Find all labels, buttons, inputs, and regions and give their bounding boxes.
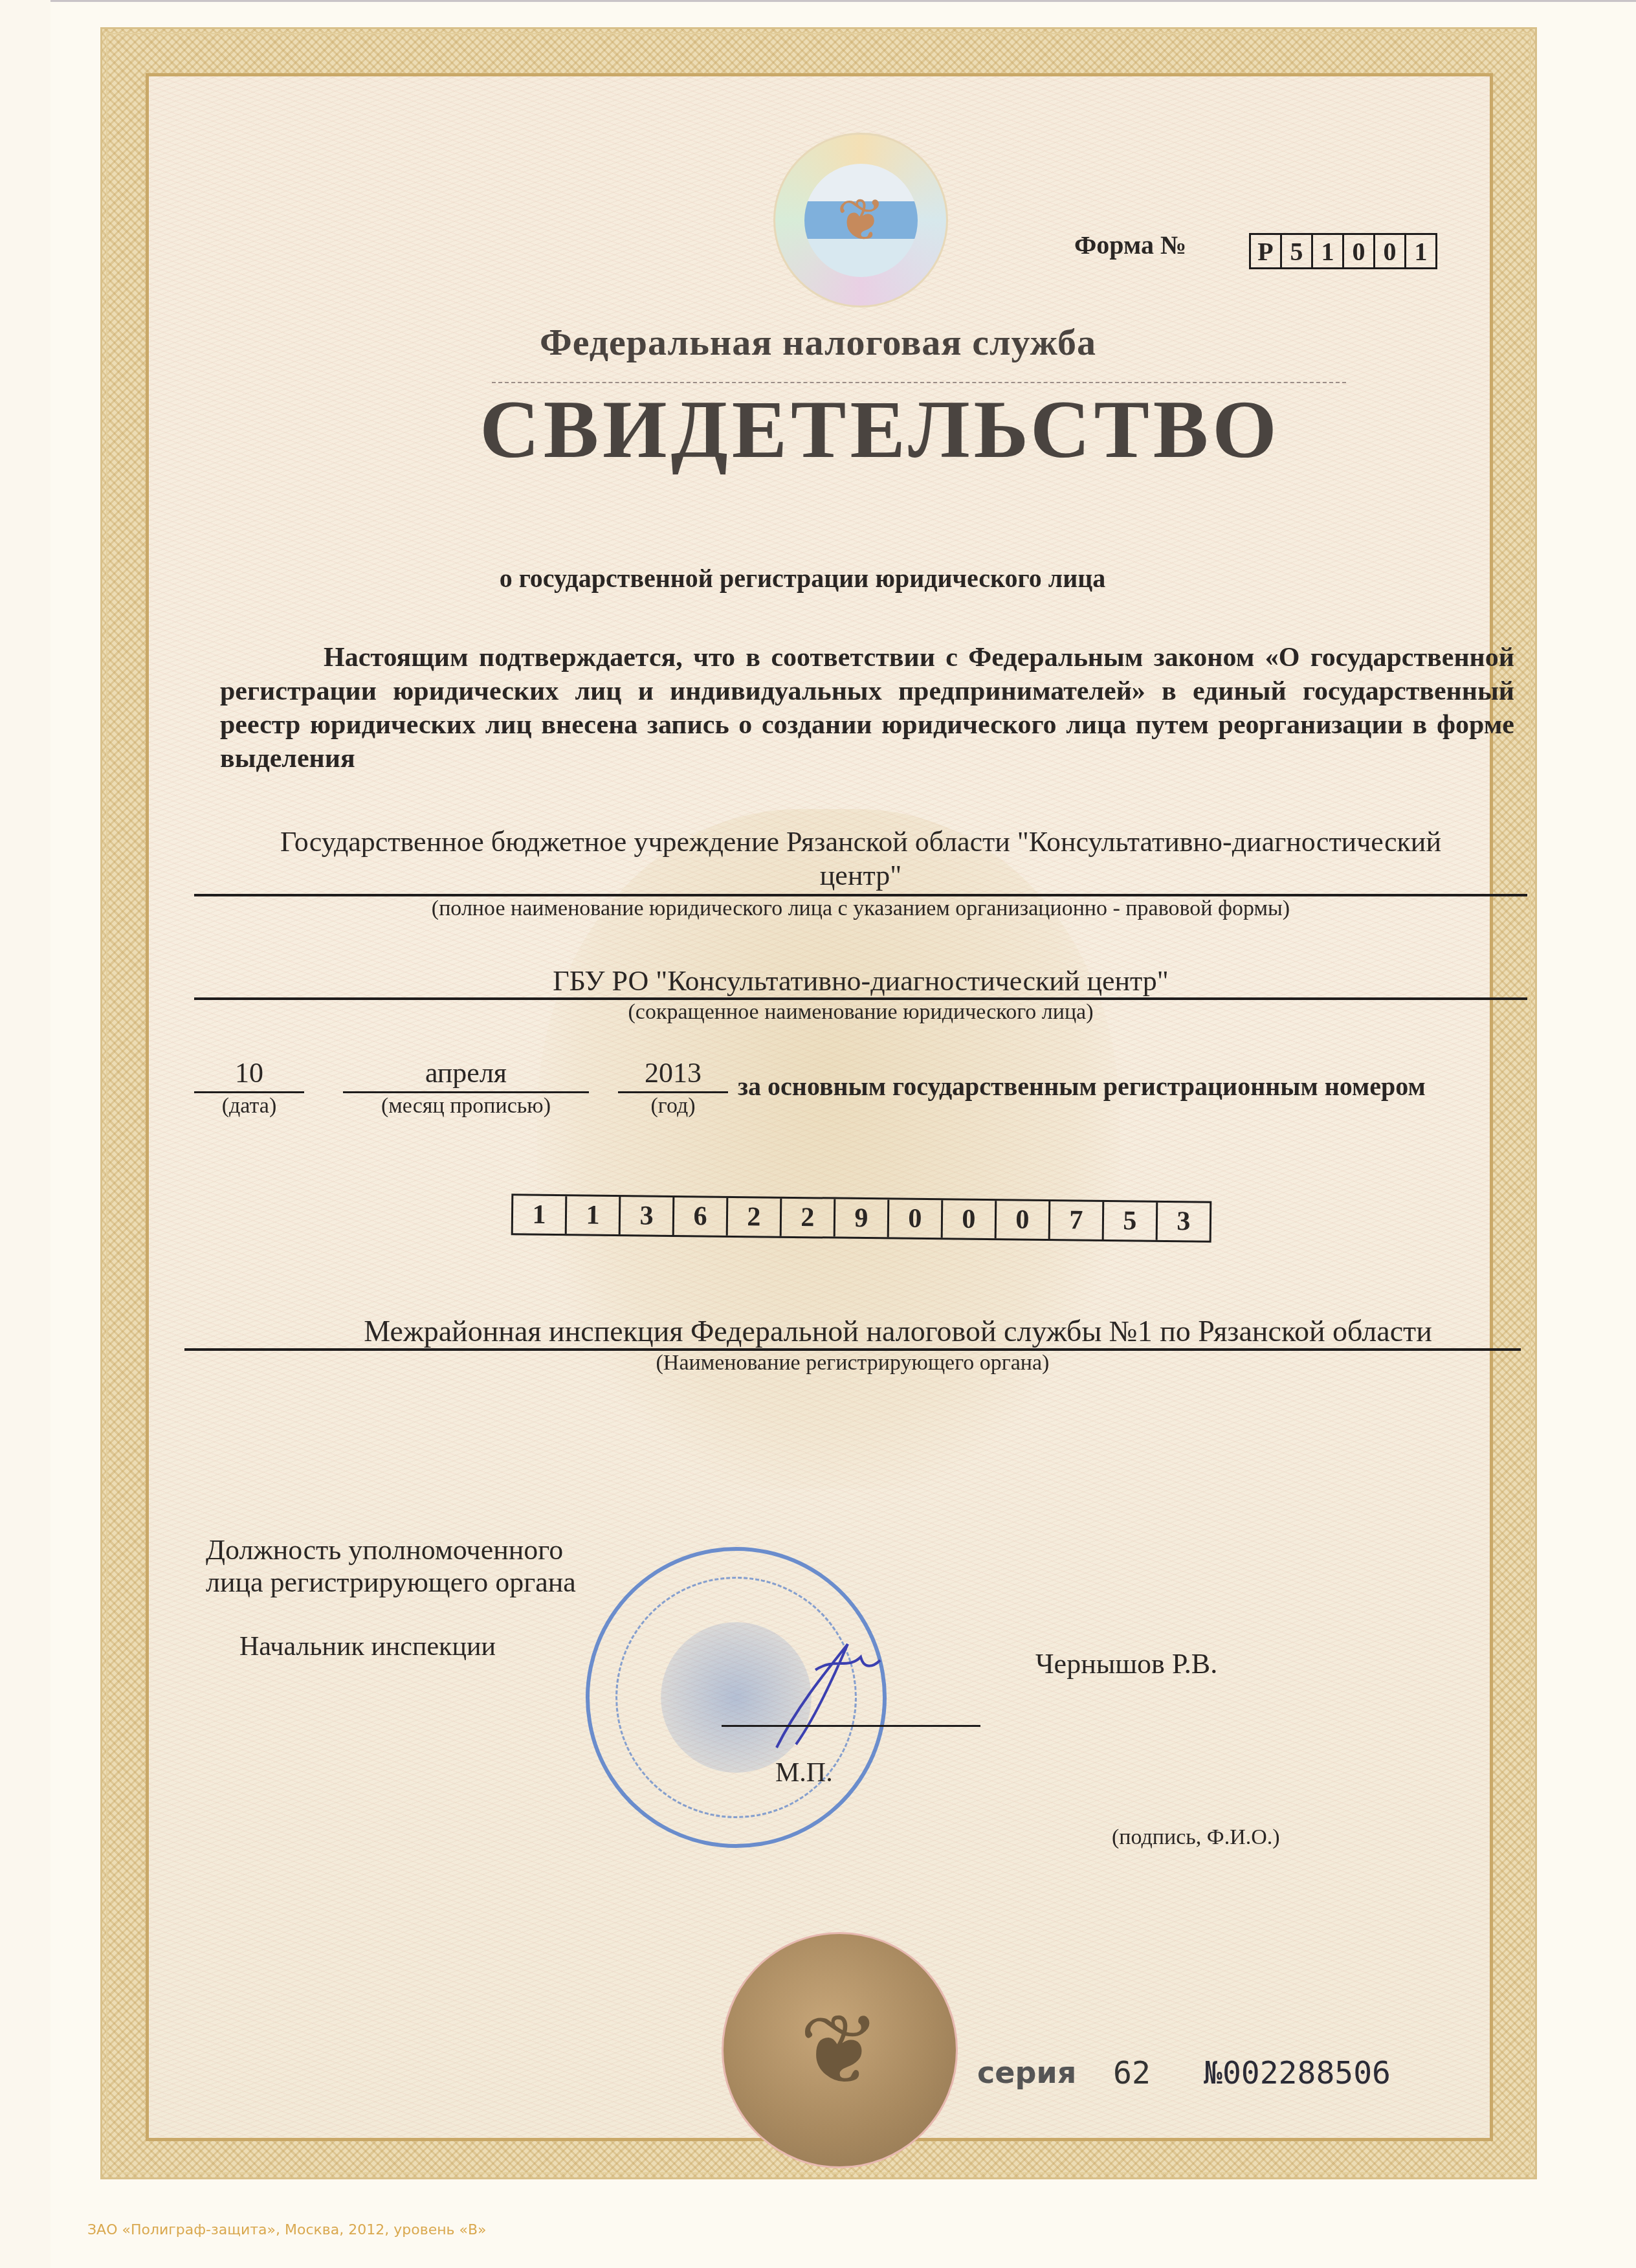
registering-authority-name: Межрайонная инспекция Федеральной налого… — [184, 1314, 1521, 1348]
certification-paragraph: Настоящим подтверждается, что в соответс… — [220, 641, 1514, 775]
eagle-icon: ❦ — [799, 1994, 881, 2107]
date-month-caption: (месяц прописью) — [343, 1093, 589, 1119]
printer-imprint: ЗАО «Полиграф-защита», Москва, 2012, уро… — [87, 2222, 487, 2238]
date-day-caption: (дата) — [194, 1093, 304, 1119]
signer-name: Чернышов Р.В. — [1035, 1647, 1217, 1680]
ogrn-digit: 1 — [567, 1196, 621, 1234]
form-number-cell: 0 — [1375, 235, 1406, 267]
form-number-cell: Р — [1251, 235, 1282, 267]
ogrn-intro-text: за основным государственным регистрацион… — [738, 1071, 1426, 1102]
ogrn-digit: 5 — [1104, 1202, 1158, 1240]
form-number-cell: 5 — [1282, 235, 1313, 267]
date-day-field: 10 (дата) — [194, 1055, 304, 1119]
form-number-label: Форма № — [1074, 230, 1186, 260]
entity-short-name-caption: (сокращенное наименование юридического л… — [194, 1000, 1527, 1025]
date-day: 10 — [194, 1055, 304, 1091]
signer-position-label: Должность уполномоченного лица регистрир… — [206, 1534, 576, 1599]
signature-line — [722, 1725, 980, 1727]
registering-authority-caption: (Наименование регистрирующего органа) — [184, 1351, 1521, 1375]
ogrn-digit: 2 — [782, 1199, 836, 1237]
blank-series-label: серия — [977, 2055, 1076, 2090]
ogrn-digit: 3 — [621, 1197, 675, 1235]
ogrn-digit: 7 — [1050, 1201, 1105, 1240]
ogrn-digit: 0 — [997, 1201, 1051, 1239]
document-title: СВИДЕТЕЛЬСТВО — [0, 382, 1636, 477]
ogrn-digit: 0 — [943, 1200, 997, 1238]
signature-caption: (подпись, Ф.И.О.) — [1112, 1825, 1280, 1850]
signer-position-label-line1: Должность уполномоченного — [206, 1534, 576, 1566]
ogrn-digit: 0 — [889, 1199, 944, 1238]
ogrn-digit: 1 — [513, 1195, 568, 1234]
hologram-emblem: ❦ — [773, 133, 948, 307]
signer-position-label-line2: лица регистрирующего органа — [206, 1566, 576, 1599]
blank-series-value: 62 — [1113, 2055, 1151, 2091]
date-year: 2013 — [618, 1055, 728, 1091]
ogrn-digit: 2 — [728, 1198, 782, 1236]
form-number-cell: 1 — [1313, 235, 1344, 267]
date-month: апреля — [343, 1055, 589, 1091]
stamp-place-label: М.П. — [775, 1757, 833, 1788]
signer-position: Начальник инспекции — [239, 1631, 496, 1662]
date-year-caption: (год) — [618, 1093, 728, 1119]
entity-full-name-field: Государственное бюджетное учреждение Ряз… — [194, 825, 1527, 921]
agency-name: Федеральная налоговая служба — [0, 320, 1636, 364]
handwritten-signature — [751, 1631, 887, 1754]
entity-full-name-caption: (полное наименование юридического лица с… — [194, 896, 1527, 921]
form-number-cell: 1 — [1406, 235, 1435, 267]
eagle-icon: ❦ — [804, 164, 918, 277]
ogrn-digit: 6 — [674, 1197, 729, 1236]
form-number-cells: Р 5 1 0 0 1 — [1249, 233, 1437, 269]
date-year-field: 2013 (год) — [618, 1055, 728, 1119]
entity-full-name: Государственное бюджетное учреждение Ряз… — [194, 825, 1527, 893]
ogrn-digit: 3 — [1158, 1203, 1210, 1241]
document-subtitle: о государственной регистрации юридическо… — [0, 563, 1605, 594]
entity-short-name: ГБУ РО "Консультативно-диагностический ц… — [194, 964, 1527, 997]
ogrn-digit: 9 — [835, 1199, 890, 1238]
form-number-cell: 0 — [1344, 235, 1375, 267]
registering-authority-field: Межрайонная инспекция Федеральной налого… — [184, 1314, 1521, 1375]
gold-eagle-seal: ❦ — [722, 1932, 958, 2168]
blank-number: №002288506 — [1204, 2055, 1391, 2091]
date-month-field: апреля (месяц прописью) — [343, 1055, 589, 1119]
ogrn-number-cells: 1 1 3 6 2 2 9 0 0 0 7 5 3 — [511, 1194, 1212, 1242]
entity-short-name-field: ГБУ РО "Консультативно-диагностический ц… — [194, 964, 1527, 1025]
registration-date: 10 (дата) апреля (месяц прописью) 2013 (… — [188, 1055, 1547, 1139]
